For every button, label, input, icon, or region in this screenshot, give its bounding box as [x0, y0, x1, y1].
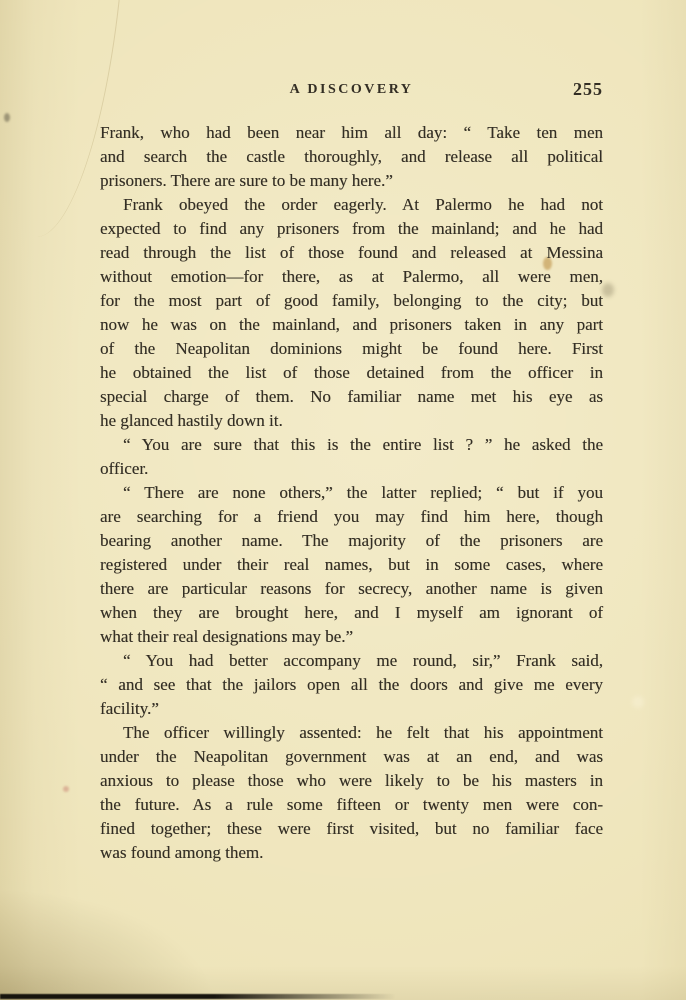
text-line: special charge of them. No familiar name…	[100, 385, 603, 409]
text-line: “ There are none others,” the latter rep…	[100, 481, 603, 505]
text-block: A DISCOVERY 255 Frank, who had been near…	[100, 82, 603, 865]
text-line: under the Neapolitan government was at a…	[100, 745, 603, 769]
text-line: without emotion—for there, as at Palermo…	[100, 265, 603, 289]
text-line: The officer willingly assented: he felt …	[100, 721, 603, 745]
text-line: are searching for a friend you may find …	[100, 505, 603, 529]
paragraph: Frank obeyed the order eagerly. At Paler…	[100, 193, 603, 433]
text-line: Frank obeyed the order eagerly. At Paler…	[100, 193, 603, 217]
text-line: he glanced hastily down it.	[100, 409, 603, 433]
text-line: bearing another name. The majority of th…	[100, 529, 603, 553]
text-line: prisoners. There are sure to be many her…	[100, 169, 603, 193]
scanner-edge	[0, 994, 412, 999]
text-line: registered under their real names, but i…	[100, 553, 603, 577]
paragraph: “ There are none others,” the latter rep…	[100, 481, 603, 649]
foxing-stain	[4, 113, 10, 122]
book-page: A DISCOVERY 255 Frank, who had been near…	[0, 0, 686, 1000]
text-line: “ You had better accompany me round, sir…	[100, 649, 603, 673]
page-number: 255	[573, 79, 603, 100]
text-line: read through the list of those found and…	[100, 241, 603, 265]
paragraph: The officer willingly assented: he felt …	[100, 721, 603, 865]
text-line: the future. As a rule some fifteen or tw…	[100, 793, 603, 817]
text-line: officer.	[100, 457, 603, 481]
text-line: “ and see that the jailors open all the …	[100, 673, 603, 697]
foxing-stain	[63, 786, 69, 792]
foxing-stain	[602, 283, 614, 297]
text-line: when they are brought here, and I myself…	[100, 601, 603, 625]
text-line: anxious to please those who were likely …	[100, 769, 603, 793]
text-line: “ You are sure that this is the entire l…	[100, 433, 603, 457]
text-line: and search the castle thoroughly, and re…	[100, 145, 603, 169]
text-line: now he was on the mainland, and prisoner…	[100, 313, 603, 337]
running-title: A DISCOVERY	[100, 82, 603, 98]
text-line: expected to find any prisoners from the …	[100, 217, 603, 241]
text-line: of the Neapolitan dominions might be fou…	[100, 337, 603, 361]
text-line: facility.”	[100, 697, 603, 721]
page-body: Frank, who had been near him all day: “ …	[100, 121, 603, 865]
page-header: A DISCOVERY 255	[100, 82, 603, 100]
text-line: there are particular reasons for secrecy…	[100, 577, 603, 601]
text-line: Frank, who had been near him all day: “ …	[100, 121, 603, 145]
foxing-stain	[632, 696, 644, 708]
paragraph: “ You are sure that this is the entire l…	[100, 433, 603, 481]
text-line: fined together; these were first visited…	[100, 817, 603, 841]
text-line: for the most part of good family, belong…	[100, 289, 603, 313]
text-line: he obtained the list of those detained f…	[100, 361, 603, 385]
text-line: was found among them.	[100, 841, 603, 865]
paragraph: Frank, who had been near him all day: “ …	[100, 121, 603, 193]
text-line: what their real designations may be.”	[100, 625, 603, 649]
paragraph: “ You had better accompany me round, sir…	[100, 649, 603, 721]
